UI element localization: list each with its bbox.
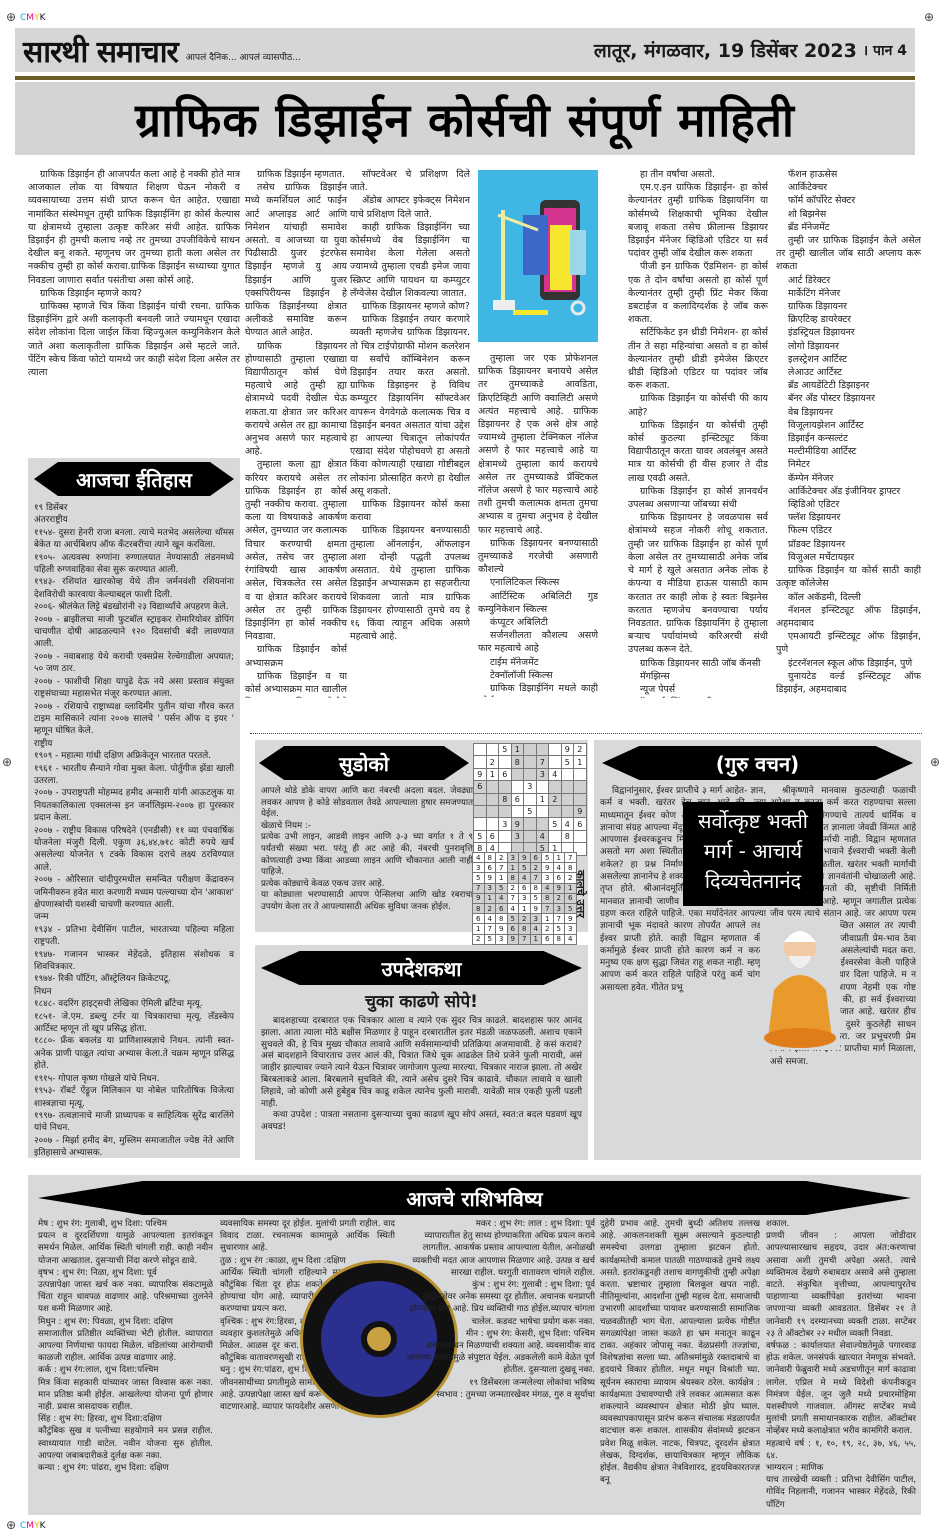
grid-cell xyxy=(474,818,487,830)
grid-cell: 9 xyxy=(542,863,554,873)
grid-cell: 3 xyxy=(553,903,565,913)
grid-row: 735268491 xyxy=(473,883,577,893)
paragraph: तुम्हाला जर एक प्रोफेशनल ग्राफिक डिझायनर… xyxy=(478,352,598,537)
grid-cell: 9 xyxy=(530,903,542,913)
grid-cell xyxy=(474,744,487,756)
grid-cell: 8 xyxy=(507,873,519,883)
history-item: १९१५- गोपाल कृष्ण गोखले यांचे निधन. xyxy=(34,1073,234,1085)
sudoku-banner: सुडोको xyxy=(259,746,469,780)
grid-cell xyxy=(574,793,587,805)
history-item: १८४८- वदरिंग हाइट्सची लेखिका ऐमिली ब्रॉं… xyxy=(34,998,234,1010)
grid-cell: 8 xyxy=(473,903,485,913)
grid-row: 253971684 xyxy=(473,934,577,944)
horoscope-banner: आजचे राशिभविष्य xyxy=(38,1181,911,1215)
grid-cell: 4 xyxy=(536,830,549,842)
horoscope-text: प्रयत्न व दूरदर्शिपणा यामुळे आपल्याला इत… xyxy=(38,1230,213,1267)
grid-cell xyxy=(499,805,512,817)
grid-cell: 2 xyxy=(496,853,508,863)
article-col-6-jobs-colleges: फॅशन हाऊसेसआर्किटेक्चरफॉर्म कॉर्पोरेट से… xyxy=(776,168,921,696)
paragraph: ग्राफिक डिझाईन या कोर्सची तुम्ही कोर्स क… xyxy=(628,419,768,485)
grid-cell: 2 xyxy=(553,893,565,903)
horoscope-paragraph: महत्वाचे वर्ष : १, १०, १९, २८, ३७, ४६, ५… xyxy=(766,1438,916,1462)
horoscope-sign: वृषभ : शुभ रंग: निळा, शुभ दिशा: पूर्व xyxy=(38,1267,213,1279)
story-subtitle: चुका काढणे सोपे! xyxy=(261,989,582,1012)
grid-cell xyxy=(536,781,549,793)
horoscope-sign: १९ डिसेंबरला जन्मलेल्या लोकांचा भविष्य xyxy=(400,1377,595,1389)
grid-row: 826419735 xyxy=(473,903,577,913)
grid-cell: 1 xyxy=(486,768,499,780)
grid-row: 63 xyxy=(474,781,587,793)
history-item: १८८०- फ्रँक बकलंड या प्राणिशास्त्रज्ञाचे… xyxy=(34,1035,234,1072)
list-item: न्यूज पेपर्स xyxy=(628,683,768,696)
horoscope-text: स्वभाव : तुमच्या जन्मतारखेवर मंगळ, गुरु … xyxy=(400,1389,595,1401)
grid-cell: 1 xyxy=(484,893,496,903)
grid-cell: 3 xyxy=(511,830,524,842)
grid-cell: 1 xyxy=(536,793,549,805)
grid-cell: 1 xyxy=(530,934,542,944)
grid-cell: 1 xyxy=(553,853,565,863)
grid-cell: 5 xyxy=(474,830,487,842)
grid-cell: 4 xyxy=(473,853,485,863)
list-item: ऍडव्हर्टायझिंग एजन्सी xyxy=(628,696,768,698)
grid-cell: 8 xyxy=(519,924,531,934)
subheading: ग्राफिक डिझाईन कोर्स अभ्यासक्रम xyxy=(245,643,347,669)
story-moral: कथा उपदेश : पात्रता नसताना दुसऱ्याच्या च… xyxy=(261,1110,582,1134)
grid-cell: 3 xyxy=(499,818,512,830)
grid-cell: 6 xyxy=(553,873,565,883)
subheading: ग्राफिक डिझाईन या कोर्सची फी काय आहे? xyxy=(628,392,768,418)
grid-cell xyxy=(486,805,499,817)
sun-icon xyxy=(361,1321,397,1357)
grid-cell: 6 xyxy=(530,853,542,863)
paragraph: ग्राफिक डिझाईन व या कोर्स अभ्यासक्रम मात… xyxy=(245,670,347,698)
grid-cell xyxy=(574,781,587,793)
subheading: ग्राफिक डिझाईनिंग मधले काही कोर्स xyxy=(478,682,598,697)
grid-cell: 6 xyxy=(486,830,499,842)
grid-cell: 5 xyxy=(499,744,512,756)
list-item: एनालिटिकल स्किल्स xyxy=(478,576,598,589)
grid-cell: 6 xyxy=(496,903,508,913)
grid-cell: 5 xyxy=(484,934,496,944)
horoscope-text: अचानक धन मिळण्याची शक्यता आहे. व्यवसायीक… xyxy=(400,1340,595,1377)
grid-cell: 6 xyxy=(499,768,512,780)
grid-cell: 9 xyxy=(496,924,508,934)
grid-cell xyxy=(561,768,574,780)
grid-cell xyxy=(561,805,574,817)
grid-cell xyxy=(511,781,524,793)
list-item: बॅनर अँड पोस्टर डिझायनर xyxy=(776,392,921,405)
subheading: ग्राफिक डिझायनर बनण्यासाठी तुमच्याकडे गर… xyxy=(478,537,598,577)
grid-cell: 6 xyxy=(474,781,487,793)
guru-feature-title: सर्वोत्कृष्ट भक्ती मार्ग - आचार्य दिव्यच… xyxy=(683,802,823,906)
history-item: १९३४ - प्रतिभा देवीसिंग पाटील, भारताच्या… xyxy=(34,924,234,949)
crop-mark-mid-left: ⊕ xyxy=(2,755,12,769)
grid-cell: 7 xyxy=(553,914,565,924)
history-item: १९०५- अत्यवस्थ रुग्णांना रुग्णालयात नेण्… xyxy=(34,552,234,577)
grid-cell xyxy=(486,744,499,756)
grid-cell: 7 xyxy=(536,756,549,768)
list-item: टाईम मॅनेजमेंट xyxy=(478,656,598,669)
grid-cell xyxy=(536,805,549,817)
grid-cell: 2 xyxy=(549,793,562,805)
grid-cell: 4 xyxy=(549,768,562,780)
grid-cell: 8 xyxy=(542,893,554,903)
grid-cell: 7 xyxy=(530,873,542,883)
page-headline: ग्राफिक डिझाईन कोर्सची संपूर्ण माहिती xyxy=(135,88,795,150)
grid-cell: 4 xyxy=(519,873,531,883)
grid-row: 8612 xyxy=(474,793,587,805)
horoscope-text: समाजातील प्रतिष्ठीत व्यक्तिंच्या भेटी हो… xyxy=(38,1328,213,1365)
subheading: ग्राफिक डिझायनर कोर्स कसा करावा xyxy=(350,498,470,524)
grid-cell: 3 xyxy=(496,934,508,944)
horoscope-paragraph: याच तारखेची व्यक्ती : प्रतिभा देवीसिंग प… xyxy=(766,1474,916,1508)
grid-cell: 8 xyxy=(499,793,512,805)
grid-cell: 7 xyxy=(519,934,531,944)
list-item: सर्जनशीलता कौशल्य असणे फार महत्वाचे आहे xyxy=(478,629,598,655)
grid-cell xyxy=(511,768,524,780)
grid-cell: 3 xyxy=(473,863,485,873)
grid-cell xyxy=(561,793,574,805)
grid-cell xyxy=(536,818,549,830)
grid-cell xyxy=(474,793,487,805)
grid-cell: 8 xyxy=(561,830,574,842)
list-item: टेक्नॉलॉजी स्किल्स xyxy=(478,669,598,682)
list-item: नॅशनल इन्स्टिट्यूट ऑफ डिझाईन, अहमदाबाद xyxy=(776,604,921,630)
section-divider xyxy=(250,733,922,734)
grid-cell: 8 xyxy=(484,853,496,863)
subheading: ग्राफिक डिझाईन म्हणजे काय? xyxy=(28,287,240,300)
grid-cell: 3 xyxy=(519,893,531,903)
paragraph: ग्राफिक डिझायनर होण्यासाठी तुम्हाला एखाद… xyxy=(245,340,347,459)
grid-cell: 7 xyxy=(484,924,496,934)
list-item: निमेटर xyxy=(776,458,921,471)
history-list: १९ डिसेंबरअंतरराष्ट्रीय११५४- दुसरा हेनरी… xyxy=(34,502,234,1160)
list-item: वेब डिझायनर xyxy=(776,406,921,419)
grid-cell xyxy=(524,793,537,805)
grid-cell: 5 xyxy=(473,873,485,883)
grid-cell: 5 xyxy=(524,805,537,817)
grid-cell: 4 xyxy=(542,883,554,893)
grid-cell: 9 xyxy=(511,818,524,830)
grid-cell xyxy=(574,768,587,780)
grid-cell: 2 xyxy=(486,756,499,768)
horoscope-paragraph: भाग्यरत्न : माणिक xyxy=(766,1462,916,1474)
paragraph: अँडोब आफ्टर इफेक्ट्स निमेशन याचे प्रशिक्… xyxy=(350,194,470,220)
paragraph: ग्राफिक डिझाईन ही आजपर्यंत कला आहे हे नक… xyxy=(28,168,240,287)
grid-cell xyxy=(499,781,512,793)
sudoku-title: सुडोको xyxy=(339,750,389,777)
history-item: २००७ - नवाबशाह येथे कराची एक्सप्रेस रेल्… xyxy=(34,651,234,676)
history-item: २००७ - राष्ट्रीय विकास परिषदेने (एनडीसी)… xyxy=(34,825,234,875)
list-item: लेआउट आर्टिस्ट xyxy=(776,366,921,379)
horoscope-sign: मिथुन : शुभ रंग: पिवळा, शुभ दिशा: दक्षिण xyxy=(38,1316,213,1328)
grid-cell: 5 xyxy=(549,818,562,830)
grid-cell xyxy=(549,756,562,768)
grid-cell: 1 xyxy=(496,873,508,883)
grid-cell: 4 xyxy=(530,924,542,934)
sudoku-rule: या कोड्याला भरण्यासाठी आपण पेन्सिलचा आणि… xyxy=(261,890,473,913)
masthead-rule xyxy=(15,76,915,80)
history-item: १९५३- रॉबर्ट ऐंड्रूज मिलिकान या नोबेल पा… xyxy=(34,1085,234,1110)
grid-cell: 3 xyxy=(524,781,537,793)
grid-cell: 6 xyxy=(542,934,554,944)
grid-cell xyxy=(536,744,549,756)
grid-cell xyxy=(549,830,562,842)
list-item: मार्केटिंग मॅनेजर xyxy=(776,287,921,300)
sudoku-intro: आपले थोडे डोके वापरा आणि करा नंबरची अदला… xyxy=(261,786,473,821)
paragraph: ग्राफिक डिझायनर हे जवळपास सर्व क्षेत्रां… xyxy=(628,511,768,656)
list-item: आर्टिस्टिक अबिलिटी गुड कम्युनिकेशन स्किल… xyxy=(478,590,598,616)
list-item: आर्किटेक्चर अँड इंजीनियर ड्राफ्टर xyxy=(776,485,921,498)
story-box: उपदेशकथा चुका काढणे सोपे! बादशहाच्या दरब… xyxy=(255,945,588,1160)
story-banner: उपदेशकथा xyxy=(261,951,582,985)
list-item: युनायटेड वर्ल्ड इन्स्टिट्यूट ऑफ डिझाईन, … xyxy=(776,670,921,696)
grid-cell: 8 xyxy=(553,934,565,944)
grid-cell: 3 xyxy=(536,768,549,780)
history-box: आजचा ईतिहास १९ डिसेंबरअंतरराष्ट्रीय११५४-… xyxy=(28,458,240,1158)
crop-mark-mid-right: ⊕ xyxy=(930,755,940,769)
cmyk-mark-bottom: CMYK xyxy=(20,1521,45,1531)
grid-cell: 9 xyxy=(474,768,487,780)
headline-band: ग्राफिक डिझाईन कोर्सची संपूर्ण माहिती xyxy=(15,82,915,155)
list-item: फॉर्म कॉर्पोरेट सेक्टर xyxy=(776,194,921,207)
list-item: डिझाईन कन्सल्टंट xyxy=(776,432,921,445)
horoscope-title: आजचे राशिभविष्य xyxy=(406,1185,542,1212)
horoscope-text: मित्र किंवा सहकारी यांच्यावर जास्त विश्व… xyxy=(38,1377,213,1414)
grid-cell: 2 xyxy=(484,903,496,913)
history-title: आजचा ईतिहास xyxy=(76,466,192,493)
grid-cell: 3 xyxy=(484,883,496,893)
grid-cell xyxy=(524,756,537,768)
horoscope-sign: कुंभ : शुभ रंग: गुलाबी : शुभ दिशा: पूर्व xyxy=(400,1279,595,1291)
grid-row: 591847362 xyxy=(473,873,577,883)
grid-cell: 4 xyxy=(553,863,565,873)
history-item: १९९७- तत्वज्ञानाचे माजी प्राध्यापक व साह… xyxy=(34,1110,234,1135)
grid-cell xyxy=(561,781,574,793)
grid-row: 56348 xyxy=(474,830,587,842)
grid-cell: 9 xyxy=(473,893,485,903)
list-item: व्हिडिओ एडिटर xyxy=(776,498,921,511)
horoscope-col-5: शकाल.प्रणयी जीवन : आपला जोडीदार आपल्यासा… xyxy=(766,1218,916,1508)
grid-cell: 6 xyxy=(507,924,519,934)
list-item: क्रिएटिव्ह डायरेक्टर xyxy=(776,313,921,326)
grid-cell: 9 xyxy=(519,853,531,863)
grid-cell: 3 xyxy=(530,914,542,924)
grid-cell: 4 xyxy=(507,903,519,913)
crop-mark-bottom-left: ⊕ xyxy=(6,1518,16,1532)
grid-cell: 5 xyxy=(530,893,542,903)
list-item: ब्रँड आयडेंटिटी डिझाइनर xyxy=(776,379,921,392)
grid-cell xyxy=(499,830,512,842)
grid-row: 5192 xyxy=(474,744,587,756)
article-col-1: ग्राफिक डिझाईन ही आजपर्यंत कला आहे हे नक… xyxy=(28,168,240,458)
article-col-5: हा तीन वर्षांचा असतो. एम.ए.इन ग्राफिक डि… xyxy=(628,168,768,698)
grid-cell: 1 xyxy=(574,756,587,768)
grid-cell: 8 xyxy=(496,914,508,924)
subheading: ग्राफिक डिझायनर म्हणजे कोण? xyxy=(350,300,470,313)
article-col-3: सॉफ्टवेअर चे प्रशिक्षण दिले जाते. अँडोब … xyxy=(350,168,470,698)
history-item: २००७ - फाशीची शिक्षा यापुढे देऊ नये असा … xyxy=(34,676,234,701)
horoscope-paragraph: वर्षफळ : कार्यालयात सेवाज्येष्ठतेमुळे पग… xyxy=(766,1340,916,1438)
grid-cell: 5 xyxy=(561,756,574,768)
list-item: मॅगझिन्स xyxy=(628,670,768,683)
grid-cell xyxy=(524,818,537,830)
history-item: २००७ - उपराष्ट्रपती मोहम्मद हमीद अन्सारी… xyxy=(34,787,234,824)
list-item: फ्लॅश डिझायनर xyxy=(776,511,921,524)
paragraph: काही ग्राफिक डिझाईनिंग च्या कोर्समध्ये व… xyxy=(350,221,470,300)
paragraph: ग्राफिक डिझाईन म्हणतात. xyxy=(245,168,347,181)
grid-cell: 1 xyxy=(473,924,485,934)
grid-row: 28751 xyxy=(474,756,587,768)
horoscope-text: व्यापारातील हेतु साध्य होण्याकरिता अधिक … xyxy=(400,1230,595,1279)
list-item: एमआयटी इन्स्टिट्यूट ऑफ डिझाईन, पुणे xyxy=(776,630,921,656)
grid-cell: 2 xyxy=(542,924,554,934)
grid-cell xyxy=(486,793,499,805)
newspaper-logo: सारथी समाचार xyxy=(23,30,178,71)
history-section-heading: निधन xyxy=(34,986,234,998)
grid-cell: 4 xyxy=(484,914,496,924)
grid-cell: 4 xyxy=(496,893,508,903)
horoscope-sign: मेष : शुभ रंग: गुलाबी, शुभ दिशा: पश्चिम xyxy=(38,1218,213,1230)
grid-cell xyxy=(524,830,537,842)
tagline: आपलं दैनिक... आपलं व्यासपीठ... xyxy=(186,50,301,63)
grid-cell: 2 xyxy=(574,744,587,756)
history-item: १९४३- रशियांत खारकोव्ह येथे तीन जर्मनवंश… xyxy=(34,576,234,601)
grid-cell: 5 xyxy=(496,883,508,893)
grid-row: 914735826 xyxy=(473,893,577,903)
history-section-heading: राष्ट्रीय xyxy=(34,738,234,750)
list-item: इलस्ट्रेशन आर्टिस्ट xyxy=(776,353,921,366)
subheading: ग्राफिक डिझायनर साठी जॉब कॅनसी xyxy=(628,657,768,670)
grid-cell: 8 xyxy=(530,883,542,893)
grid-cell: 9 xyxy=(484,873,496,883)
grid-cell: 7 xyxy=(507,893,519,903)
list-item: लोगो डिझायनर xyxy=(776,340,921,353)
list-item: प्रॉडक्ट डिझायनर xyxy=(776,538,921,551)
grid-cell: 9 xyxy=(561,744,574,756)
horoscope-sign: मकर : शुभ रंग: लाल : शुभ दिशा: पूर्व xyxy=(400,1218,595,1230)
list-item: आर्ट डिरेक्टर xyxy=(776,274,921,287)
grid-cell: 5 xyxy=(542,853,554,863)
sudoku-rule: प्रत्येक उभी लाइन, आडवी लाइन आणि ३-३ च्य… xyxy=(261,832,473,878)
grid-cell: 1 xyxy=(519,903,531,913)
grid-cell: 5 xyxy=(553,924,565,934)
grid-cell: 8 xyxy=(511,756,524,768)
list-item: शो बिझनेस xyxy=(776,208,921,221)
grid-cell: 4 xyxy=(561,818,574,830)
graphic-design-illustration xyxy=(478,170,598,342)
page-number: । पान 4 xyxy=(863,41,907,60)
list-item: इंडस्ट्रियल डिझायनर xyxy=(776,326,921,339)
horoscope-sign: कन्या : शुभ रंग: पांढरा, शुभ दिशा: दक्षि… xyxy=(38,1462,213,1474)
list-item: फिल्म एडिटर xyxy=(776,524,921,537)
history-item: १९४७- गजानन भास्कर मेहेंदळे, इतिहास संशो… xyxy=(34,949,234,974)
grid-cell: 1 xyxy=(507,863,519,873)
grid-cell: 7 xyxy=(496,863,508,873)
answer-label: कालचे उत्तर xyxy=(573,870,588,918)
grid-cell: 2 xyxy=(507,883,519,893)
grid-cell: 4 xyxy=(565,934,577,944)
history-section-heading: अंतरराष्ट्रीय xyxy=(34,514,234,526)
horoscope-sign: कर्क : शुभ रंग:लाल, शुभ दिशा:पश्चिम xyxy=(38,1364,213,1376)
paragraph: बादशहाच्या दरबारात एक चित्रकार आला व त्य… xyxy=(261,1016,582,1110)
horoscope-col-3: मकर : शुभ रंग: लाल : शुभ दिशा: पूर्वव्या… xyxy=(400,1218,595,1508)
grid-cell xyxy=(486,781,499,793)
crop-mark-top-left: ⊕ xyxy=(6,10,16,24)
grid-cell: 9 xyxy=(553,883,565,893)
grid-cell: 5 xyxy=(519,863,531,873)
history-banner: आजचा ईतिहास xyxy=(34,462,234,496)
grid-cell: 9 xyxy=(507,934,519,944)
grid-row: 482396517 xyxy=(473,853,577,863)
grid-cell xyxy=(524,768,537,780)
history-item: ११५४- दुसरा हेनरी राजा बनला. त्याचे मतभे… xyxy=(34,527,234,552)
sage-illustration xyxy=(760,920,840,1050)
list-item: कॅम्पेन मॅनेजर xyxy=(776,472,921,485)
grid-cell: 7 xyxy=(473,883,485,893)
grid-cell: 6 xyxy=(519,883,531,893)
list-item: तुम्ही जर ग्राफिक डिझाईन केले असेल तर तु… xyxy=(776,234,921,274)
article-col-2: ग्राफिक डिझाईन म्हणतात. तसेच ग्राफिक डिझ… xyxy=(245,168,347,698)
grid-cell xyxy=(499,756,512,768)
horoscope-col-4: दुहेरी प्रभाव आहे. तुमची बुध्दी अतिशय तल… xyxy=(600,1218,760,1508)
grid-cell: 3 xyxy=(565,924,577,934)
horoscope-sign: मीन : शुभ रंग: केसरी, शुभ दिशा: पश्चिम xyxy=(400,1328,595,1340)
list-item: विजुअल मर्चेटायझर xyxy=(776,551,921,564)
horoscope-text: उत्पन्नापेक्षा जास्त खर्च करु नका. व्याप… xyxy=(38,1279,213,1316)
grid-cell: 6 xyxy=(511,793,524,805)
paragraph: सॉफ्टवेअर चे प्रशिक्षण दिले जाते. xyxy=(350,168,470,194)
horoscope-text: कौटुंबिक सुख व पत्नीच्या सहयोगाने मन प्र… xyxy=(38,1425,213,1462)
grid-cell: 1 xyxy=(542,914,554,924)
paragraph: तुम्हाला कला ह्या क्षेत्रात करियर करायचे… xyxy=(245,458,347,643)
list-item: ब्रँड मॅनेजमेंट xyxy=(776,221,921,234)
paragraph: ग्राफिक डिझायनर बनण्यासाठी तुम्हाला ऑनला… xyxy=(350,524,470,643)
grid-cell: 6 xyxy=(574,818,587,830)
crop-mark-top-right: ⊕ xyxy=(924,10,934,24)
article-col-4: तुम्हाला जर एक प्रोफेशनल ग्राफिक डिझायनर… xyxy=(478,352,598,697)
sudoku-instructions: आपले थोडे डोके वापरा आणि करा नंबरची अदला… xyxy=(261,786,473,914)
history-item: १९०९ - महात्मा गांधी दक्षिण अफ्रिकेतून भ… xyxy=(34,750,234,762)
paragraph: ग्राफिक्स म्हणजे चित्र किंवा डिझाईन यांच… xyxy=(28,300,240,379)
cmyk-mark-top: CMYK xyxy=(20,13,45,23)
story-title: उपदेशकथा xyxy=(382,955,462,982)
history-item: २००७ - मिर्झा हमीद बेग, मुस्लिम समाजातील… xyxy=(34,1135,234,1160)
sudoku-rule: प्रत्येक कोड्याचे केवळ एकच उत्तर आहे. xyxy=(261,879,473,891)
grid-cell xyxy=(474,756,487,768)
grid-cell: 5 xyxy=(507,914,519,924)
history-item: २००७ - ब्राझीलचा माजी फुटबॉल स्ट्राइकर र… xyxy=(34,614,234,651)
list-item: कॉल अकॅडमी, दिल्ली xyxy=(776,591,921,604)
masthead: सारथी समाचार आपलं दैनिक... आपलं व्यासपीठ… xyxy=(15,28,915,72)
story-body: बादशहाच्या दरबारात एक चित्रकार आला व त्य… xyxy=(261,1016,582,1134)
grid-cell xyxy=(574,830,587,842)
list-item: मल्टीमीडिया आर्टिस्ट xyxy=(776,445,921,458)
illustration-image xyxy=(478,170,598,342)
list-item: फॅशन हाऊसेस xyxy=(776,168,921,181)
grid-cell: 3 xyxy=(507,853,519,863)
history-item: १९६१ - भारतीय सैन्याने गोवा मुक्त केला. … xyxy=(34,763,234,788)
sudoku-answer-grid: 4823965173671529485918473627352684919147… xyxy=(472,852,577,945)
horoscope-text: बुद्धीमत्तेवर अनेक समस्या दूर होतील. अचा… xyxy=(400,1291,595,1328)
grid-cell: 6 xyxy=(473,914,485,924)
list-item: ग्राफिक डिझाईन या कोर्स साठी काही उत्कृष… xyxy=(776,564,921,590)
list-item: इंटरनॅशनल स्कूल ऑफ डिझाईन, पुणे xyxy=(776,657,921,670)
history-item: २००६- श्रीलंकेत लिट्टे बंडखोरांनी २३ विद… xyxy=(34,601,234,613)
grid-row: 648523179 xyxy=(473,914,577,924)
grid-cell xyxy=(474,805,487,817)
paragraph: हा तीन वर्षांचा असतो. xyxy=(628,168,768,181)
